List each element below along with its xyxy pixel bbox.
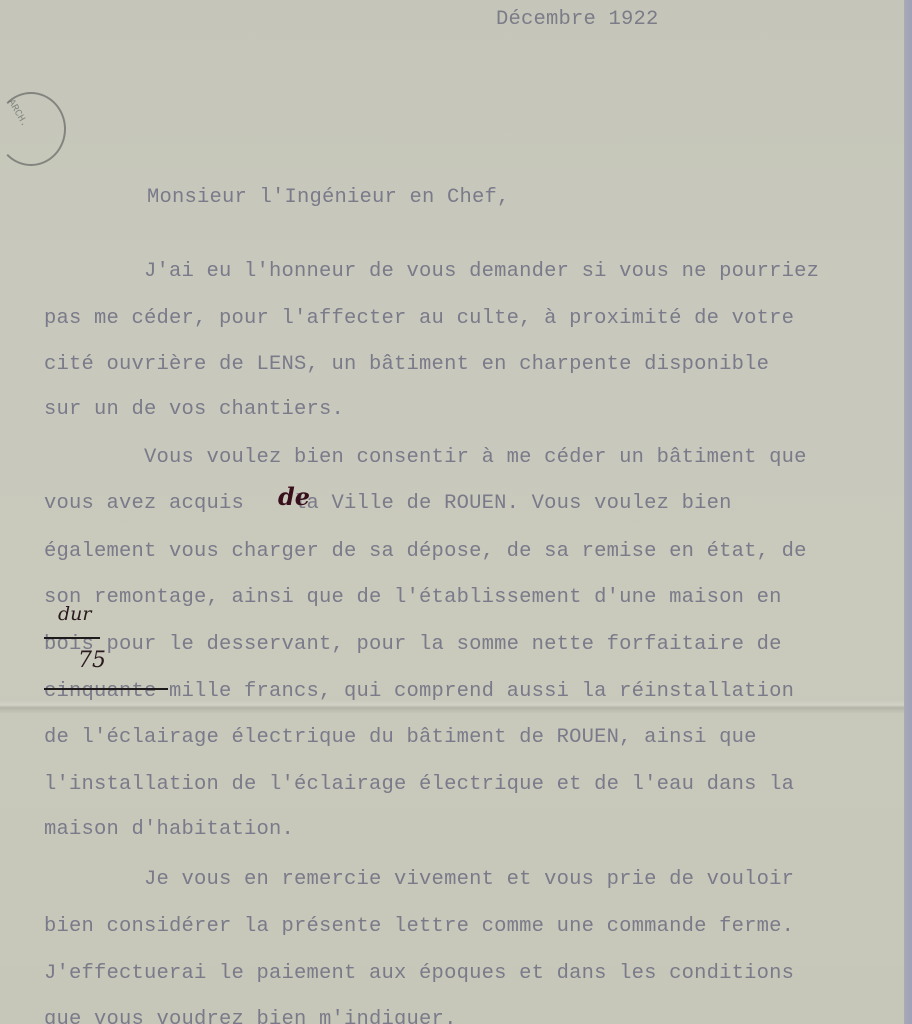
body-line: son remontage, ainsi que de l'établissem…	[44, 586, 782, 609]
body-line: bois pour le desservant, pour la somme n…	[44, 633, 782, 656]
body-line: de l'éclairage électrique du bâtiment de…	[44, 726, 757, 749]
body-line: bien considérer la présente lettre comme…	[44, 915, 794, 938]
letter-date: Décembre 1922	[496, 8, 659, 31]
body-line: maison d'habitation.	[44, 818, 294, 841]
paper-edge	[904, 0, 912, 1024]
body-line: J'effectuerai le paiement aux époques et…	[44, 962, 794, 985]
body-line: l'installation de l'éclairage électrique…	[44, 773, 794, 796]
strikethrough-cinquante	[44, 688, 168, 690]
body-line: que vous voudrez bien m'indiquer.	[44, 1008, 457, 1024]
body-line: pas me céder, pour l'affecter au culte, …	[44, 307, 794, 330]
body-line: Je vous en remercie vivement et vous pri…	[44, 868, 794, 891]
body-line: sur un de vos chantiers.	[44, 398, 344, 421]
body-line: Vous voulez bien consentir à me céder un…	[44, 446, 807, 469]
body-line: cinquante mille francs, qui comprend aus…	[44, 680, 794, 703]
strikethrough-bois	[44, 637, 100, 639]
handwritten-correction-dur: dur	[58, 603, 91, 625]
salutation: Monsieur l'Ingénieur en Chef,	[147, 186, 510, 209]
handwritten-correction-75: 75	[78, 648, 106, 673]
body-line: vous avez acquis la Ville de ROUEN. Vous…	[44, 492, 732, 515]
handwritten-insertion-de: de	[278, 482, 310, 511]
body-line: cité ouvrière de LENS, un bâtiment en ch…	[44, 353, 769, 376]
body-line: J'ai eu l'honneur de vous demander si vo…	[44, 260, 819, 283]
body-line: également vous charger de sa dépose, de …	[44, 540, 807, 563]
